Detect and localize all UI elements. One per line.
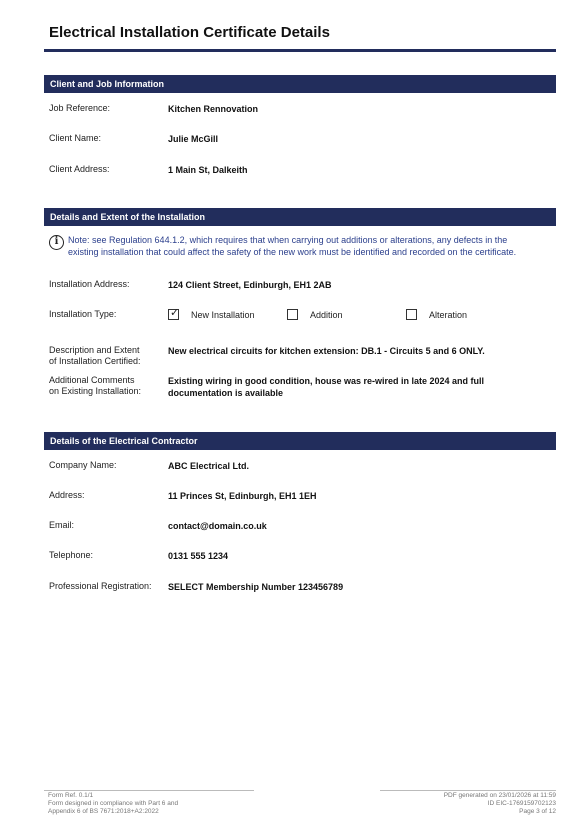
field-value: contact@domain.co.uk <box>168 520 553 532</box>
field-value: SELECT Membership Number 123456789 <box>168 581 553 593</box>
field-label: Description and Extent of Installation C… <box>49 345 141 367</box>
field-label: Address: <box>49 490 85 501</box>
field-label: Telephone: <box>49 550 93 561</box>
section-header-installation: Details and Extent of the Installation <box>44 208 556 226</box>
field-value: Kitchen Rennovation <box>168 103 553 115</box>
field-label: Company Name: <box>49 460 117 471</box>
checkbox-label: Addition <box>310 310 343 320</box>
page-title: Electrical Installation Certificate Deta… <box>49 24 330 41</box>
field-value: 1 Main St, Dalkeith <box>168 164 553 176</box>
checkbox-addition[interactable]: Addition <box>287 309 343 320</box>
field-label: Email: <box>49 520 74 531</box>
field-value: Existing wiring in good condition, house… <box>168 375 513 399</box>
checkmark-icon: ✓ <box>170 307 179 319</box>
field-label: Professional Registration: <box>49 581 152 592</box>
field-label: Job Reference: <box>49 103 110 114</box>
section-header-contractor: Details of the Electrical Contractor <box>44 432 556 450</box>
checkbox[interactable] <box>406 309 417 320</box>
info-icon: i <box>49 235 64 250</box>
field-label: Installation Type: <box>49 309 116 320</box>
checkbox-label: New Installation <box>191 310 255 320</box>
footer-form-reference: Form Ref. 0.1/1 Form designed in complia… <box>48 792 178 816</box>
checkbox[interactable] <box>287 309 298 320</box>
field-label: Installation Address: <box>49 279 130 290</box>
footer-divider-left <box>44 790 254 791</box>
checkbox-alteration[interactable]: Alteration <box>406 309 467 320</box>
page-number: Page 3 of 12 <box>444 808 556 816</box>
footer-divider-right <box>380 790 556 791</box>
field-value: Julie McGill <box>168 133 553 145</box>
field-label: Client Name: <box>49 133 101 144</box>
field-value: 0131 555 1234 <box>168 550 553 562</box>
checkbox-label: Alteration <box>429 310 467 320</box>
field-label: Additional Comments on Existing Installa… <box>49 375 141 397</box>
field-value: 11 Princes St, Edinburgh, EH1 1EH <box>168 490 553 502</box>
title-divider <box>44 49 556 52</box>
field-value: 124 Client Street, Edinburgh, EH1 2AB <box>168 279 553 291</box>
field-value: ABC Electrical Ltd. <box>168 460 553 472</box>
section-header-client: Client and Job Information <box>44 75 556 93</box>
note-text: Note: see Regulation 644.1.2, which requ… <box>68 234 558 258</box>
field-value: New electrical circuits for kitchen exte… <box>168 345 553 357</box>
checkbox-new-installation[interactable]: ✓ New Installation <box>168 309 255 320</box>
checkbox[interactable]: ✓ <box>168 309 179 320</box>
field-label: Client Address: <box>49 164 110 175</box>
footer-generation-info: PDF generated on 23/01/2026 at 11:59 ID … <box>444 792 556 816</box>
